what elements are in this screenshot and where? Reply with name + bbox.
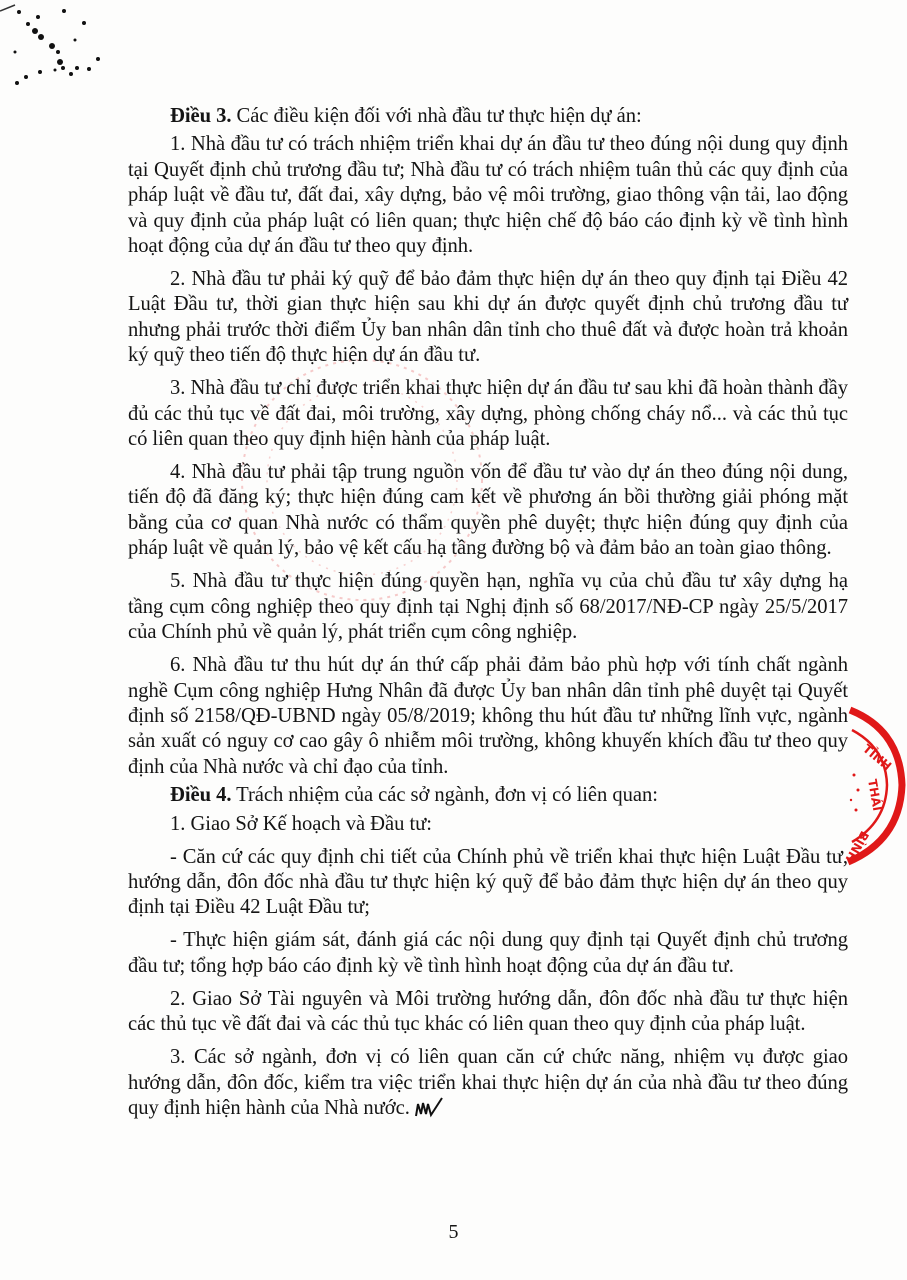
svg-text:THÁI: THÁI: [865, 778, 885, 812]
article-3-item-3: 3. Nhà đầu tư chỉ được triển khai thực h…: [128, 376, 848, 452]
red-seal-stamp: TỈNH THÁI BÌNH: [840, 700, 907, 870]
article-3-item-4: 4. Nhà đầu tư phải tập trung nguồn vốn đ…: [128, 460, 848, 562]
article-3-item-1: 1. Nhà đầu tư có trách nhiệm triển khai …: [128, 132, 848, 259]
scan-specks: [0, 0, 150, 100]
article-3-label: Điều 3.: [170, 105, 231, 127]
article-3-item-5: 5. Nhà đầu tư thực hiện đúng quyền hạn, …: [128, 569, 848, 645]
page-number: 5: [0, 1221, 907, 1244]
article-4-item-3-text: 3. Các sở ngành, đơn vị có liên quan căn…: [128, 1046, 848, 1119]
initials-signature-icon: [414, 1096, 444, 1118]
article-3-item-2: 2. Nhà đầu tư phải ký quỹ để bảo đảm thự…: [128, 267, 848, 369]
article-3-title: Các điều kiện đối với nhà đầu tư thực hi…: [231, 105, 641, 127]
article-3-item-6: 6. Nhà đầu tư thu hút dự án thứ cấp phải…: [128, 653, 848, 780]
article-3-heading: Điều 3. Các điều kiện đối với nhà đầu tư…: [128, 104, 848, 129]
article-4-label: Điều 4.: [170, 784, 231, 806]
article-4-item-1-title: 1. Giao Sở Kế hoạch và Đầu tư:: [128, 812, 848, 837]
article-4-title: Trách nhiệm của các sở ngành, đơn vị có …: [231, 784, 657, 806]
article-4-item-3: 3. Các sở ngành, đơn vị có liên quan căn…: [128, 1045, 848, 1121]
article-4-item-1-bullet-1: - Căn cứ các quy định chi tiết của Chính…: [128, 845, 848, 921]
article-4-heading: Điều 4. Trách nhiệm của các sở ngành, đơ…: [128, 783, 848, 808]
document-body: Điều 3. Các điều kiện đối với nhà đầu tư…: [128, 104, 848, 1129]
article-4-item-1-bullet-2: - Thực hiện giám sát, đánh giá các nội d…: [128, 928, 848, 979]
article-4-item-2: 2. Giao Sở Tài nguyên và Môi trường hướn…: [128, 987, 848, 1038]
